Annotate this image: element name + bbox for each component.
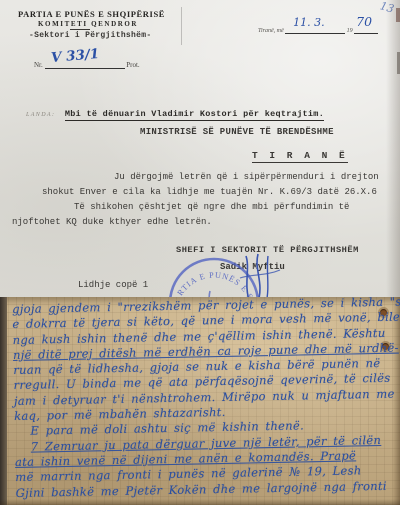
body-paragraph1-line2: shokut Enver e cila ka lidhje me tuajën … [42, 187, 377, 197]
protocol-underline: V 33/1 [45, 60, 125, 69]
subject-text: Mbi të dënuarin Vladimir Kostori për keq… [65, 109, 324, 121]
protocol-suffix: Prot. [126, 61, 139, 69]
recipient-ministry: MINISTRISË SË PUNËVE TË BRENDËSHME [140, 127, 334, 137]
body-paragraph2-line2: njoftohet KQ duke kthyer edhe letrën. [12, 217, 212, 227]
handwritten-day-month: 11. 3. [293, 16, 325, 29]
scanned-document: PARTIA E PUNËS E SHQIPËRISË KOMITETI QEN… [0, 0, 400, 505]
protocol-line: Nr. V 33/1 Prot. [34, 60, 140, 69]
handwritten-year: 70 [356, 14, 372, 29]
handwritten-note-paper: gjoja gjendem i "rrezikshëm për rojet e … [0, 297, 400, 505]
date-prefix: Tiranë, më [258, 28, 284, 34]
handwritten-signature [236, 250, 292, 297]
paper-left-edge [0, 297, 7, 505]
date-century: 19 [347, 28, 353, 34]
handwritten-text-block: gjoja gjendem i "rrezikshëm për rojet e … [12, 297, 400, 501]
subject-line: LANDA: Mbi të dënuarin Vladimir Kostori … [26, 103, 324, 121]
paper-crease [181, 7, 182, 45]
protocol-label: Nr. [34, 61, 43, 69]
recipient-city: T I R A N Ë [252, 150, 348, 163]
body-paragraph2-line1: Të shikohen çështjet që ngre dhe mbi për… [74, 202, 349, 212]
date-line: Tiranë, më 11. 3. 19 70 [258, 25, 378, 34]
body-paragraph1-line1: Ju dërgojmë letrën që i sipërpërmenduri … [114, 172, 379, 182]
org-name: PARTIA E PUNËS E SHQIPËRISË [18, 9, 165, 19]
attachment-note: Lidhje copë 1 [78, 280, 148, 290]
org-committee: KOMITETI QENDROR [38, 20, 138, 28]
date-underline: 11. 3. [285, 25, 345, 34]
subject-label: LANDA: [26, 112, 55, 118]
org-sector: -Sektori i Përgjithshëm- [29, 31, 151, 40]
edge-stain [396, 8, 400, 22]
typed-letter: PARTIA E PUNËS E SHQIPËRISË KOMITETI QEN… [0, 0, 400, 297]
page-number: 13 [378, 0, 395, 16]
handwritten-protocol-number: V 33/1 [50, 46, 100, 66]
header-rule [70, 29, 90, 30]
year-underline: 70 [354, 25, 378, 34]
